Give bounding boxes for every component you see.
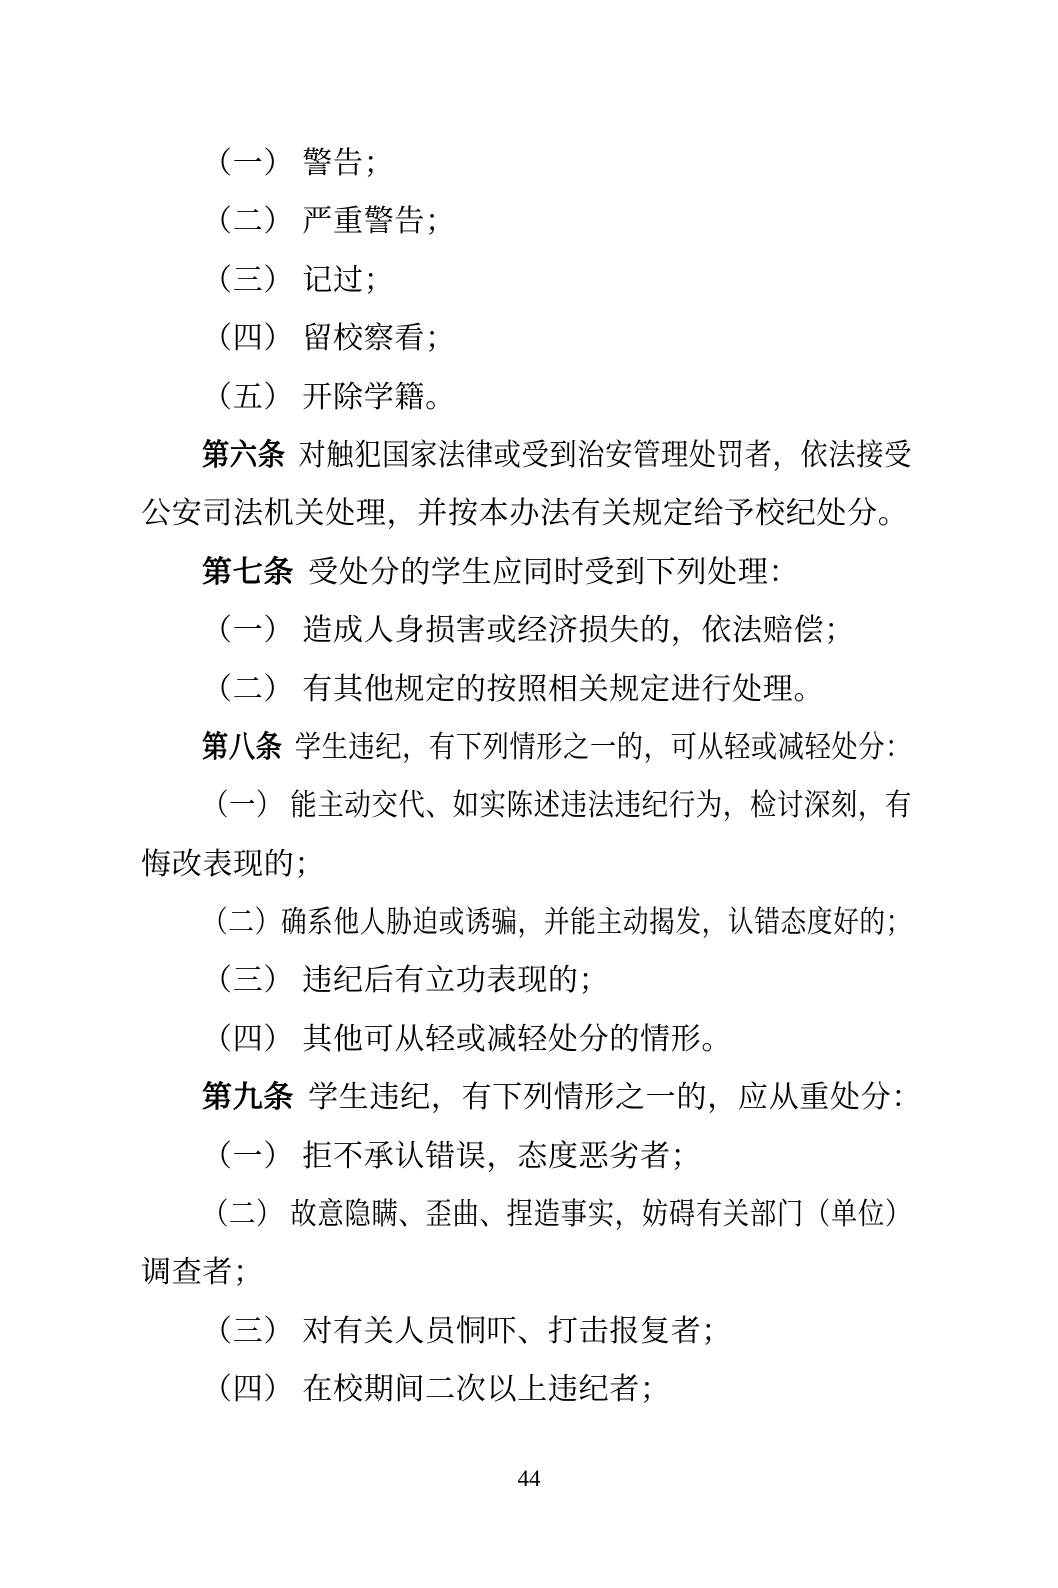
list-item: （一） 造成人身损害或经济损失的，依法赔偿；	[141, 602, 912, 660]
list-item-text: （一） 造成人身损害或经济损失的，依法赔偿；	[202, 614, 855, 647]
list-item: （二） 有其他规定的按照相关规定进行处理。	[141, 661, 912, 719]
list-item: （一） 警告；	[141, 135, 912, 193]
article-number: 第九条	[202, 1081, 294, 1114]
list-item: （二）确系他人胁迫或诱骗，并能主动揭发，认错态度好的；	[141, 894, 912, 952]
list-item-text: （一） 能主动交代、如实陈述违法违纪行为，检讨深刻，有	[202, 789, 912, 822]
list-item-text: （四） 在校期间二次以上违纪者；	[202, 1373, 671, 1406]
list-item: （二） 严重警告；	[141, 193, 912, 251]
article-6-line-1: 第六条对触犯国家法律或受到治安管理处罚者，依法接受	[141, 427, 912, 485]
article-number: 第六条	[202, 439, 286, 472]
article-number: 第八条	[202, 731, 283, 764]
article-text: 公安司法机关处理，并按本办法有关规定给予校纪处分。	[141, 497, 909, 530]
list-item-text: （四） 留校察看；	[202, 322, 456, 355]
list-item-text: （三） 对有关人员恫吓、打击报复者；	[202, 1315, 732, 1348]
article-9-line-1: 第九条学生违纪，有下列情形之一的，应从重处分：	[141, 1069, 912, 1127]
list-item: （四） 其他可从轻或减轻处分的情形。	[141, 1011, 912, 1069]
list-item: （四） 留校察看；	[141, 310, 912, 368]
article-7-line-1: 第七条受处分的学生应同时受到下列处理：	[141, 544, 912, 602]
list-item-text: （一） 拒不承认错误，态度恶劣者；	[202, 1140, 701, 1173]
list-item-text: （三） 记过；	[202, 264, 394, 297]
list-item-text: （五） 开除学籍。	[202, 381, 456, 414]
article-text: 受处分的学生应同时受到下列处理：	[308, 556, 799, 589]
list-item-text: （二） 严重警告；	[202, 205, 456, 238]
list-item-text: （一） 警告；	[202, 147, 394, 180]
list-item: （三） 记过；	[141, 252, 912, 310]
article-text: 对触犯国家法律或受到治安管理处罚者，依法接受	[298, 439, 912, 472]
article-number: 第七条	[202, 556, 294, 589]
document-page: （一） 警告； （二） 严重警告； （三） 记过； （四） 留校察看； （五） …	[0, 0, 1058, 1588]
list-item: （四） 在校期间二次以上违纪者；	[141, 1361, 912, 1419]
document-body: （一） 警告； （二） 严重警告； （三） 记过； （四） 留校察看； （五） …	[0, 0, 1058, 1420]
list-item-text: （二） 有其他规定的按照相关规定进行处理。	[202, 673, 824, 706]
list-item-text: （二） 故意隐瞒、歪曲、捏造事实，妨碍有关部门（单位）	[202, 1198, 912, 1231]
list-item: （一） 能主动交代、如实陈述违法违纪行为，检讨深刻，有	[141, 777, 912, 835]
article-8-line-1: 第八条学生违纪，有下列情形之一的，可从轻或减轻处分：	[141, 719, 912, 777]
page-number: 44	[0, 1466, 1058, 1492]
list-item-text: （二）确系他人胁迫或诱骗，并能主动揭发，认错态度好的；	[202, 906, 912, 939]
list-item-text: 调查者；	[141, 1256, 264, 1289]
list-item-text: （三） 违纪后有立功表现的；	[202, 964, 609, 997]
list-item-text: （四） 其他可从轻或减轻处分的情形。	[202, 1023, 732, 1056]
article-6-line-2: 公安司法机关处理，并按本办法有关规定给予校纪处分。	[141, 485, 912, 543]
list-item-continuation: 悔改表现的；	[141, 836, 912, 894]
list-item: （三） 违纪后有立功表现的；	[141, 952, 912, 1010]
list-item: （二） 故意隐瞒、歪曲、捏造事实，妨碍有关部门（单位）	[141, 1186, 912, 1244]
list-item-continuation: 调查者；	[141, 1244, 912, 1302]
list-item: （三） 对有关人员恫吓、打击报复者；	[141, 1303, 912, 1361]
article-text: 学生违纪，有下列情形之一的，可从轻或减轻处分：	[295, 731, 912, 764]
list-item: （一） 拒不承认错误，态度恶劣者；	[141, 1128, 912, 1186]
list-item: （五） 开除学籍。	[141, 369, 912, 427]
list-item-text: 悔改表现的；	[141, 848, 325, 881]
article-text: 学生违纪，有下列情形之一的，应从重处分：	[308, 1081, 922, 1114]
